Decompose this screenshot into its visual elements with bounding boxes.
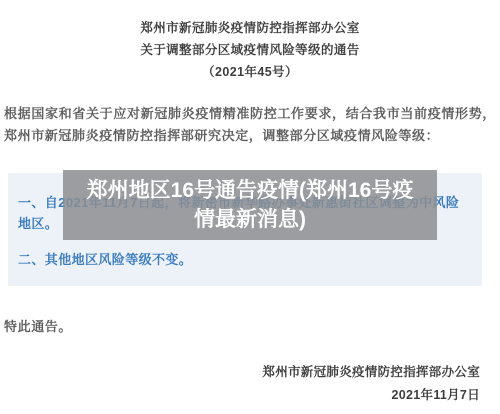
risk-item-2: 二、其他地区风险等级不变。 xyxy=(18,249,472,270)
intro-paragraph: 根据国家和省关于应对新冠肺炎疫情精准防控工作要求，结合我市当前疫情形势，郑州市新… xyxy=(4,103,496,147)
issuing-office-title: 郑州市新冠肺炎疫情防控指挥部办公室 xyxy=(0,17,500,39)
notice-subject-title: 关于调整部分区域疫情风险等级的通告 xyxy=(0,39,500,61)
notice-header: 郑州市新冠肺炎疫情防控指挥部办公室 关于调整部分区域疫情风险等级的通告 （202… xyxy=(0,0,500,83)
article-title-overlay: 郑州地区16号通告疫情(郑州16号疫情最新消息) xyxy=(63,170,437,240)
signature-block: 郑州市新冠肺炎疫情防控指挥部办公室 2021年11月7日 xyxy=(0,361,480,407)
signature-date: 2021年11月7日 xyxy=(0,384,480,407)
notice-number: （2021年45号） xyxy=(0,61,500,83)
notice-page: 郑州市新冠肺炎疫情防控指挥部办公室 关于调整部分区域疫情风险等级的通告 （202… xyxy=(0,0,500,414)
signature-org: 郑州市新冠肺炎疫情防控指挥部办公室 xyxy=(0,361,480,384)
closing-line: 特此通告。 xyxy=(4,316,496,337)
article-title: 郑州地区16号通告疫情(郑州16号疫情最新消息) xyxy=(81,176,419,234)
